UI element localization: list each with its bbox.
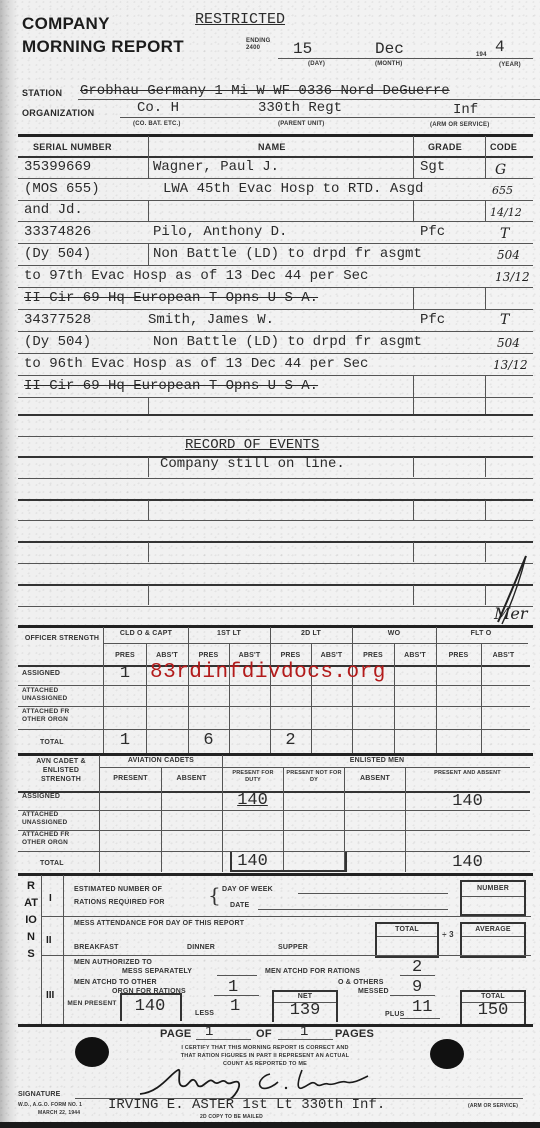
day-caption: (DAY) — [308, 61, 325, 67]
record-of-events-text: Company still on line. — [160, 456, 345, 472]
report-month: Dec — [375, 40, 404, 58]
row-label-attached-other: ATTACHED FR OTHER ORGN — [22, 708, 94, 724]
entry-serial: and Jd. — [24, 202, 83, 218]
row-label-assigned: ASSIGNED — [22, 793, 60, 800]
column-present: PRESENT — [100, 775, 161, 782]
column-absent: ABSENT — [161, 775, 222, 782]
entry-code: 504 — [497, 336, 520, 350]
officer-total-capt-pres: 1 — [104, 731, 146, 750]
enlisted-assigned-present-for-duty: 140 — [222, 791, 283, 810]
entry-code: 504 — [497, 248, 520, 262]
arm-service-value: Inf — [453, 102, 478, 118]
officer-total-1st-lt-pres: 6 — [188, 731, 229, 750]
page-value: 1 — [205, 1024, 213, 1040]
year-prefix: 194 — [476, 52, 487, 58]
less-label: LESS — [195, 1010, 214, 1017]
entry-serial: 34377528 — [24, 312, 91, 328]
subcolumn-abst: ABS'T — [394, 652, 436, 659]
year-caption: (YEAR) — [499, 62, 521, 68]
form-number-line-2: MARCH 22, 1944 — [38, 1110, 80, 1116]
form-title-line2: MORNING REPORT — [22, 37, 184, 57]
subcolumn-abst: ABS'T — [481, 652, 526, 659]
entry-grade: Sgt — [420, 159, 445, 175]
less-value: 1 — [230, 997, 240, 1016]
entry-code: T — [500, 312, 509, 328]
section-iii-numeral: III — [46, 990, 54, 1001]
men-authorized-label-1: MEN AUTHORIZED TO — [74, 959, 152, 966]
entry-serial: 33374826 — [24, 224, 91, 240]
brace-glyph: { — [208, 882, 221, 908]
officer-total-2d-lt-pres: 2 — [270, 731, 311, 750]
row-label-attached-unassigned: ATTACHED UNASSIGNED — [22, 687, 94, 703]
station-label: STATION — [22, 88, 62, 98]
handwritten-signature — [130, 1062, 390, 1102]
subcolumn-pres: PRES — [436, 652, 481, 659]
men-atchd-rations-label: MEN ATCHD FOR RATIONS — [265, 968, 360, 975]
entry-text: LWA 45th Evac Hosp to RTD. Asgd — [163, 181, 423, 197]
row-label-total: TOTAL — [40, 739, 64, 746]
section-ii-numeral: II — [46, 935, 52, 946]
entry-serial: (Dy 504) — [24, 246, 91, 262]
subcolumn-pres: PRES — [104, 652, 146, 659]
grade-caption: (ARM OR SERVICE) — [468, 1103, 518, 1109]
punch-hole-left — [75, 1037, 109, 1067]
officer-strength-header: OFFICER STRENGTH — [22, 634, 102, 643]
parent-unit-value: 330th Regt — [258, 100, 342, 116]
certification-line-2: THAT RATION FIGURES IN PART II REPRESENT… — [130, 1052, 400, 1060]
organization-label: ORGANIZATION — [22, 108, 94, 118]
others-messed-label-2: MESSED — [358, 988, 389, 995]
section-i-numeral: I — [49, 893, 52, 904]
subcolumn-pres: PRES — [188, 652, 229, 659]
entry-code: 655 — [492, 184, 513, 197]
total-label: TOTAL — [462, 993, 524, 1000]
morning-report-document: COMPANY MORNING REPORT RESTRICTED ENDING… — [0, 0, 540, 1128]
officer-group-2d-lt: 2D LT — [270, 630, 352, 637]
of-label: OF — [256, 1028, 272, 1040]
entry-code: T — [500, 226, 509, 242]
company-value: Co. H — [137, 100, 179, 116]
pages-value: 1 — [300, 1024, 308, 1040]
total-value: 150 — [462, 1001, 524, 1020]
officer-group-1st-lt: 1ST LT — [188, 630, 270, 637]
classification-stamp: RESTRICTED — [195, 11, 285, 28]
section-i-label-2: RATIONS REQUIRED FOR — [74, 899, 165, 906]
entry-text: Pilo, Anthony D. — [153, 224, 287, 240]
supper-label: SUPPER — [278, 944, 308, 951]
record-of-events-heading: RECORD OF EVENTS — [185, 437, 319, 453]
watermark: 83rdinfdivdocs.org — [150, 661, 386, 684]
initials: Mer — [494, 604, 528, 623]
entry-serial: (Dy 504) — [24, 334, 91, 350]
certification-line-1: I CERTIFY THAT THIS MORNING REPORT IS CO… — [130, 1044, 400, 1052]
entry-text: to 96th Evac Hosp as of 13 Dec 44 per Se… — [24, 356, 368, 372]
enlisted-total-present-for-duty: 140 — [222, 852, 283, 871]
form-number-line-1: W.D., A.G.O. FORM NO. 1 — [18, 1102, 82, 1108]
subcolumn-abst: ABS'T — [229, 652, 270, 659]
signer-typed-name: IRVING E. ASTER 1st Lt 330th Inf. — [108, 1097, 385, 1113]
entry-code: 13/12 — [493, 358, 528, 372]
enlisted-assigned-present-and-absent: 140 — [405, 792, 530, 811]
men-present-value: 140 — [120, 997, 180, 1016]
entry-text: Non Battle (LD) to drpd fr asgmt — [153, 334, 422, 350]
report-day: 15 — [293, 40, 312, 58]
aviation-cadets-group: AVIATION CADETS — [100, 757, 222, 764]
row-label-attached-other: ATTACHED FR OTHER ORGN — [22, 831, 94, 847]
men-atchd-other-label-1: MEN ATCHD TO OTHER — [74, 979, 157, 986]
enlisted-strength-header: AVN CADET & ENLISTED STRENGTH — [22, 757, 100, 784]
others-messed-label-1: O & OTHERS — [338, 979, 384, 986]
mess-total-label: TOTAL — [377, 926, 437, 933]
subcolumn-pres: PRES — [352, 652, 394, 659]
mess-attendance-label: MESS ATTENDANCE FOR DAY OF THIS REPORT — [74, 920, 244, 927]
company-caption: (CO. BAT. ETC.) — [133, 121, 181, 127]
divide-by-three: ÷ 3 — [441, 930, 455, 940]
column-header-grade: GRADE — [428, 142, 462, 152]
average-label: AVERAGE — [462, 926, 524, 933]
bottom-edge — [0, 1122, 540, 1128]
entry-text: Smith, James W. — [148, 312, 274, 328]
row-label-attached-unassigned: ATTACHED UNASSIGNED — [22, 811, 94, 827]
entry-code: 14/12 — [490, 206, 522, 219]
entry-grade: Pfc — [420, 312, 445, 328]
ending-label-top: ENDING — [246, 38, 271, 45]
entry-code: G — [495, 162, 506, 178]
column-present-not-for-duty: PRESENT NOT FOR DY — [284, 770, 344, 784]
subcolumn-abst: ABS'T — [146, 652, 188, 659]
page-label: PAGE — [160, 1028, 192, 1040]
enlisted-men-group: ENLISTED MEN — [222, 757, 532, 764]
officer-group-wo: WO — [352, 630, 436, 637]
officer-group-capt: CLD O & CAPT — [104, 630, 188, 637]
signature-label: SIGNATURE — [18, 1091, 61, 1098]
column-header-serial: SERIAL NUMBER — [33, 142, 112, 152]
officer-assigned-capt-pres: 1 — [104, 664, 146, 683]
column-present-and-absent: PRESENT AND ABSENT — [405, 770, 530, 777]
ending-label: ENDING 2400 — [246, 38, 271, 52]
entry-text: Non Battle (LD) to drpd fr asgmt — [153, 246, 422, 262]
men-authorized-label-2: MESS SEPARATELY — [122, 968, 192, 975]
rations-side-label: RATIONS — [24, 878, 38, 963]
column-header-code: CODE — [490, 142, 517, 152]
second-copy-note: 2D COPY TO BE MAILED — [200, 1114, 263, 1120]
arm-service-caption: (ARM OR SERVICE) — [430, 122, 489, 128]
enlisted-total-present-and-absent: 140 — [405, 853, 530, 872]
net-value: 139 — [274, 1001, 336, 1020]
entry-code: 13/12 — [495, 270, 530, 284]
entry-serial: 35399669 — [24, 159, 91, 175]
date-label: DATE — [230, 902, 249, 909]
row-label-total: TOTAL — [40, 860, 64, 867]
day-of-week-label: DAY OF WEEK — [222, 886, 273, 893]
row-label-assigned: ASSIGNED — [22, 670, 60, 677]
entry-serial: (MOS 655) — [24, 181, 100, 197]
breakfast-label: BREAKFAST — [74, 944, 119, 951]
subcolumn-abst: ABS'T — [311, 652, 352, 659]
form-title-line1: COMPANY — [22, 14, 110, 34]
entry-text: II Cir 69 Hq European T Opns U S A. — [24, 378, 318, 394]
column-absent-em: ABSENT — [345, 775, 405, 782]
column-header-name: NAME — [258, 142, 286, 152]
station-value: Grobhau Germany 1 Mi W WF 0336 Nord DeGu… — [80, 83, 450, 99]
section-i-label-1: ESTIMATED NUMBER OF — [74, 886, 162, 893]
plus-value: 11 — [412, 998, 432, 1017]
report-year: 4 — [495, 38, 505, 56]
men-present-label: MEN PRESENT — [66, 1000, 118, 1007]
subcolumn-pres: PRES — [270, 652, 311, 659]
entry-text: Wagner, Paul J. — [153, 159, 279, 175]
entry-text: II Cir 69 Hq European T Opns U S A. — [24, 290, 318, 306]
entry-grade: Pfc — [420, 224, 445, 240]
net-label: NET — [274, 993, 336, 1000]
punch-hole-right — [430, 1039, 464, 1069]
dinner-label: DINNER — [187, 944, 215, 951]
number-label: NUMBER — [462, 885, 524, 892]
month-caption: (MONTH) — [375, 61, 402, 67]
column-present-for-duty: PRESENT FOR DUTY — [224, 770, 282, 784]
officer-group-flt-o: FLT O — [436, 630, 526, 637]
entry-text: to 97th Evac Hosp as of 13 Dec 44 per Se… — [24, 268, 368, 284]
plus-label: PLUS — [385, 1011, 404, 1018]
ending-label-bottom: 2400 — [246, 45, 271, 52]
pages-label: PAGES — [335, 1028, 374, 1040]
parent-unit-caption: (PARENT UNIT) — [278, 121, 324, 127]
